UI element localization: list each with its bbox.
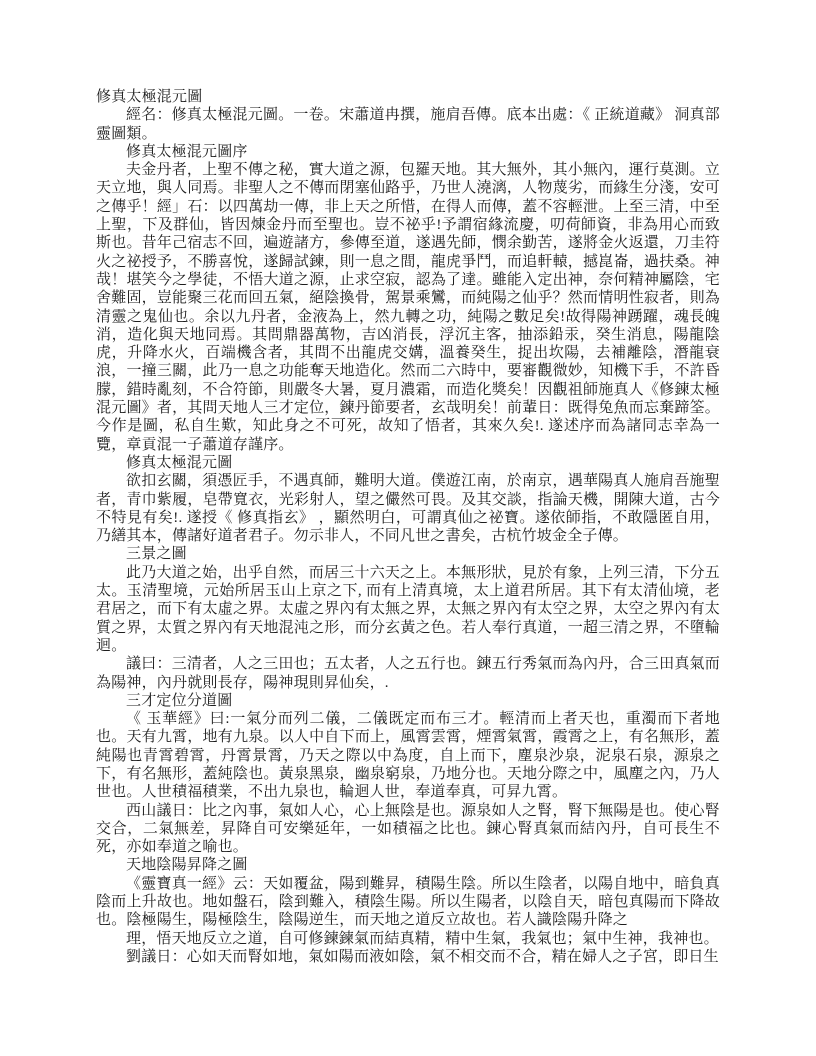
paragraph: 天地陰陽昇降之圖 (96, 856, 720, 874)
paragraph: 經名：修真太極混元圖。一卷。宋蕭道冉撰，施肩吾傳。底本出處：《 正統道藏》 洞真… (96, 106, 720, 143)
paragraph: 夫金丹者，上聖不傳之秘，實大道之源，包羅天地。其大無外，其小無內，運行莫測。立天… (96, 161, 720, 454)
paragraph: 議曰：三清者，人之三田也；五太者，人之五行也。鍊五行秀氣而為內丹，合三田真氣而為… (96, 655, 720, 692)
paragraph: 修真太極混元圖序 (96, 143, 720, 161)
paragraph: 理，悟天地反立之道，自可修鍊鍊氣而結真精，精中生氣，我氣也；氣中生神，我神也。 (96, 930, 720, 948)
paragraph: 《 玉華經》曰:一氣分而列二儀，二儀既定而布三才。輕清而上者天也，重濁而下者地也… (96, 710, 720, 801)
paragraph: 此乃大道之始，出乎自然，而居三十六天之上。本無形狀，見於有象，上列三清，下分五太… (96, 564, 720, 655)
paragraph: 《靈寶真一經》云：天如覆盆，陽到難昇，積陽生陰。所以生陰者，以陽自地中，暗負真陰… (96, 875, 720, 930)
paragraph: 劉議日：心如天而腎如地，氣如陽而液如陰，氣不相交而不合，精在婦人之子宮，即日生 (96, 948, 720, 966)
paragraph: 修真太極混元圖 (96, 454, 720, 472)
paragraph: 西山議日：比之內事，氣如人心，心上無陰是也。源泉如人之腎，腎下無陽是也。使心腎交… (96, 802, 720, 857)
document-page: 修真太極混元圖經名：修真太極混元圖。一卷。宋蕭道冉撰，施肩吾傳。底本出處：《 正… (0, 0, 816, 1056)
paragraph: 修真太極混元圖 (96, 88, 720, 106)
document-body: 修真太極混元圖經名：修真太極混元圖。一卷。宋蕭道冉撰，施肩吾傳。底本出處：《 正… (96, 88, 720, 966)
paragraph: 欲扣玄關，須憑匠手，不遇真師，難明大道。僕遊江南，於南京，遇華陽真人施肩吾施聖者… (96, 472, 720, 545)
paragraph: 三才定位分道圖 (96, 692, 720, 710)
paragraph: 三景之圖 (96, 545, 720, 563)
